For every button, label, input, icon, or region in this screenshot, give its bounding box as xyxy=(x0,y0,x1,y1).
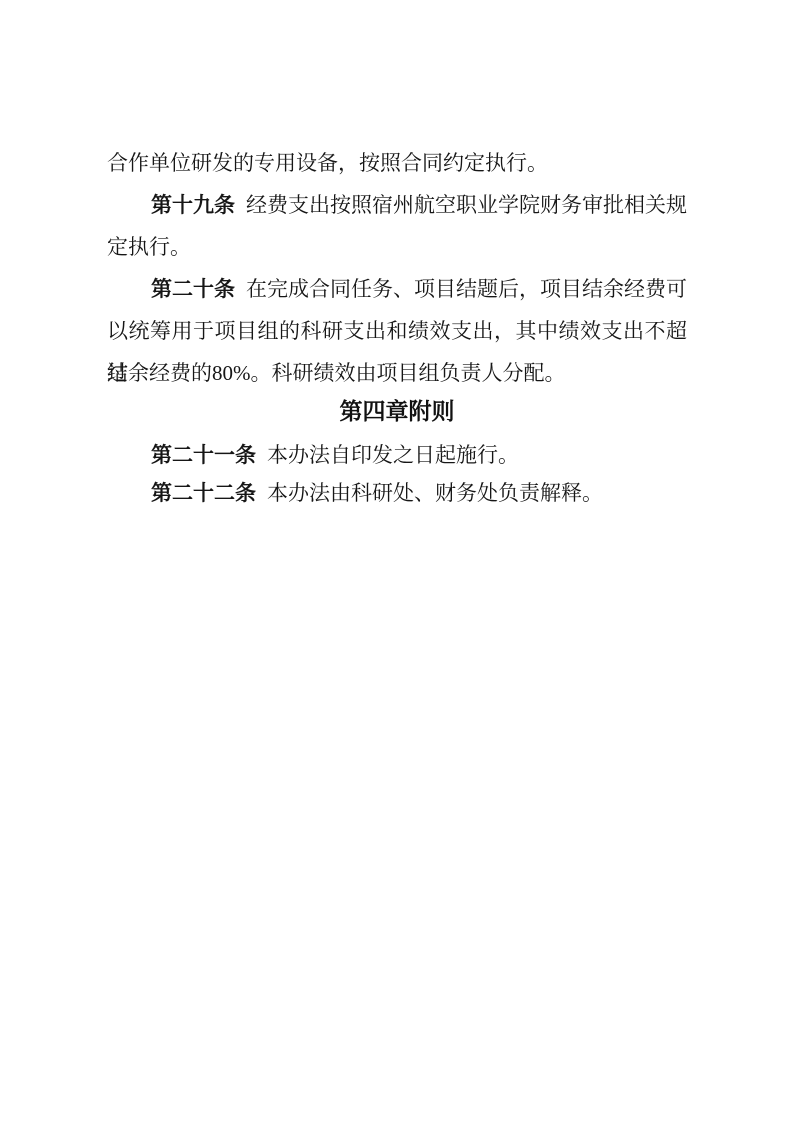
article-19-line-2: 定执行。 xyxy=(107,226,687,268)
body-text: 本办法由科研处、财务处负责解释。 xyxy=(267,481,603,505)
article-21-number: 第二十一条 xyxy=(151,443,256,467)
body-text: 本办法自印发之日起施行。 xyxy=(267,443,519,467)
article-19-number: 第十九条 xyxy=(151,193,235,217)
paragraph-continuation-line: 合作单位研发的专用设备，按照合同约定执行。 xyxy=(107,142,687,184)
article-20-line-3: 结余经费的80%。科研绩效由项目组负责人分配。 xyxy=(107,352,687,394)
body-text: 定执行。 xyxy=(107,235,191,259)
chapter-4-heading: 第四章附则 xyxy=(107,394,687,428)
body-text: 结余经费的80%。科研绩效由项目组负责人分配。 xyxy=(107,361,566,385)
document-page: 合作单位研发的专用设备，按照合同约定执行。 第十九条经费支出按照宿州航空职业学院… xyxy=(0,0,793,1122)
document-content: 合作单位研发的专用设备，按照合同约定执行。 第十九条经费支出按照宿州航空职业学院… xyxy=(107,142,687,512)
article-20-line-1: 第二十条在完成合同任务、项目结题后，项目结余经费可 xyxy=(107,268,687,310)
article-20-number: 第二十条 xyxy=(151,277,235,301)
article-22-line: 第二十二条本办法由科研处、财务处负责解释。 xyxy=(107,474,687,512)
article-21-line: 第二十一条本办法自印发之日起施行。 xyxy=(107,436,687,474)
body-text: 在完成合同任务、项目结题后，项目结余经费可 xyxy=(246,277,687,301)
article-19-line-1: 第十九条经费支出按照宿州航空职业学院财务审批相关规 xyxy=(107,184,687,226)
article-20-line-2: 以统筹用于项目组的科研支出和绩效支出，其中绩效支出不超过 xyxy=(107,310,687,352)
body-text: 经费支出按照宿州航空职业学院财务审批相关规 xyxy=(246,193,687,217)
article-22-number: 第二十二条 xyxy=(151,481,256,505)
body-text: 合作单位研发的专用设备，按照合同约定执行。 xyxy=(107,151,548,175)
